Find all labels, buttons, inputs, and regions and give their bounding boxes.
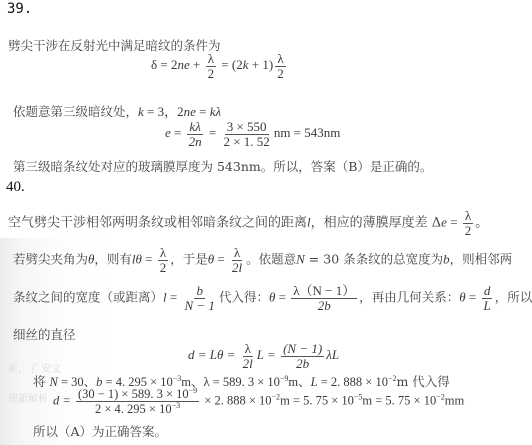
denominator: 2 × 4. 295 × 10−3 <box>93 402 182 416</box>
q40-final-calculation: d = (30 − 1) × 589. 3 × 10−92 × 4. 295 ×… <box>53 387 464 416</box>
eq-text: = <box>466 290 480 305</box>
denominator: 2 <box>158 261 169 275</box>
denominator: 2n <box>187 135 204 149</box>
eq-var: lθ <box>132 252 142 267</box>
eq-text: = <box>214 252 228 267</box>
eq-text: 2 × 4. 295 × 10 <box>95 402 172 416</box>
numerator: λ（N − 1） <box>291 284 357 299</box>
text: ，于是 <box>170 252 208 267</box>
eq-var: ne <box>177 57 189 72</box>
eq-text: λL <box>326 347 339 362</box>
q40-paragraph-2: 条纹之间的宽度（或距离）l = bN − 1代入得：θ = λ（N − 1）2b… <box>13 284 532 312</box>
q39-thickness-equation: e = kλ2n = 3 × 5502 × 1. 52nm = 543nm <box>165 120 340 148</box>
numerator: 3 × 550 <box>225 120 269 135</box>
eq-text: mm <box>445 394 464 408</box>
exponent: −2 <box>436 393 445 402</box>
exponent: −2 <box>272 393 281 402</box>
eq-text: = <box>142 252 156 267</box>
text: 空气劈尖干涉相邻两明条纹或相邻暗条纹之间的距离 <box>8 216 307 231</box>
fraction: kλ2n <box>187 120 204 148</box>
text: ，再由几何关系： <box>359 290 459 305</box>
text: ，相应的薄膜厚度差 Δ <box>311 216 442 231</box>
eq-text: = <box>206 125 220 140</box>
numerator: λ <box>158 246 168 261</box>
numerator: λ <box>232 246 242 261</box>
eq-text: = (2 <box>218 57 243 72</box>
q40-paragraph-1: 若劈尖夹角为θ，则有lθ = λ2，于是θ = λ2l。依题意N = 30 条条… <box>13 246 512 274</box>
text: ，则有 <box>94 252 132 267</box>
text: 依题意第三级暗纹处， <box>13 104 138 119</box>
text: ，则相邻两 <box>450 252 513 267</box>
numerator: λ <box>463 209 473 224</box>
text: 。 <box>475 216 488 231</box>
numerator: (30 − 1) × 589. 3 × 10−9 <box>76 387 199 402</box>
text: ，所以 <box>495 290 532 305</box>
text: 将 <box>33 374 49 389</box>
text: 条纹之间的宽度（或距离） <box>13 290 163 305</box>
denominator: 2b <box>316 299 333 313</box>
eq-text: + <box>190 57 204 72</box>
numerator: λ <box>206 52 216 67</box>
numerator: b <box>194 284 205 299</box>
eq-text: d = Lθ = <box>188 347 239 362</box>
eq-text: = <box>196 104 210 119</box>
eq-text: = <box>171 125 185 140</box>
denominator: 2b <box>294 357 311 371</box>
eq-text: d = <box>53 394 74 408</box>
fraction: (N − 1)2b <box>281 342 324 370</box>
eq-var: ne <box>184 104 196 119</box>
eq-text: = <box>275 290 289 305</box>
text: = 30 条条纹的总宽度为 <box>305 252 443 267</box>
fraction: 3 × 5502 × 1. 52 <box>221 120 271 148</box>
numerator: λ <box>243 342 253 357</box>
numerator: (N − 1) <box>281 342 324 357</box>
denominator: 2 × 1. 52 <box>221 135 271 149</box>
q40-conclusion: 所以（A）为正确答案。 <box>33 422 167 440</box>
denominator: N − 1 <box>182 299 216 313</box>
numerator: kλ <box>187 120 202 135</box>
q40-paragraph-3: 细丝的直径 <box>13 325 76 343</box>
fraction: (30 − 1) × 589. 3 × 10−92 × 4. 295 × 10−… <box>76 387 199 416</box>
eq-text: × 2. 888 × 10 <box>201 394 271 408</box>
fraction: λ2 <box>463 209 474 237</box>
eq-var: N <box>296 252 305 267</box>
q39-equation-dark-fringe: δ = 2ne + λ2 = (2k + 1)λ2 <box>151 52 288 80</box>
question-40-number: 40. <box>6 179 25 196</box>
eq-text: L = <box>257 347 279 362</box>
denominator: 2l <box>230 261 244 275</box>
text: 若劈尖夹角为 <box>13 252 88 267</box>
fraction: dL <box>481 284 492 312</box>
question-39-number: 39. <box>7 1 32 17</box>
denominator: 2l <box>241 357 255 371</box>
eq-text: = 3，2 <box>144 104 184 119</box>
denominator: L <box>481 299 492 313</box>
fraction: λ2l <box>230 246 244 274</box>
denominator: 2 <box>206 67 217 81</box>
q39-conclusion: 第三级暗条纹处对应的玻璃膜厚度为 543nm。所以，答案（B）是正确的。 <box>13 157 432 175</box>
numerator: λ <box>275 52 285 67</box>
q40-diameter-equation: d = Lθ = λ2lL = (N − 1)2bλL <box>188 342 339 370</box>
eq-text: nm = 543nm <box>274 125 341 140</box>
fraction: bN − 1 <box>182 284 216 312</box>
denominator: 2 <box>463 224 474 238</box>
exponent: −3 <box>172 401 181 410</box>
fraction: λ2 <box>158 246 169 274</box>
eq-text: m = 5. 75 × 10 <box>280 394 354 408</box>
q39-third-order-line: 依题意第三级暗纹处，k = 3，2ne = kλ <box>13 101 221 120</box>
eq-text: m = 5. 75 × 10 <box>362 394 436 408</box>
exponent: −9 <box>189 386 198 395</box>
eq-text: + 1) <box>249 57 274 72</box>
text: 代入得： <box>219 290 269 305</box>
fraction: λ（N − 1）2b <box>291 284 357 312</box>
fraction: λ2l <box>241 342 255 370</box>
q40-intro: 空气劈尖干涉相邻两明条纹或相邻暗条纹之间的距离l，相应的薄膜厚度差 Δe = λ… <box>8 209 488 237</box>
numerator: d <box>482 284 493 299</box>
fraction: λ2 <box>206 52 217 80</box>
denominator: 2 <box>275 67 286 81</box>
exponent: −3 <box>173 374 182 383</box>
eq-var: kλ <box>210 104 221 119</box>
eq-text: = <box>447 215 461 230</box>
eq-text: δ = 2 <box>151 57 177 72</box>
fraction: λ2 <box>275 52 286 80</box>
text: 。依题意 <box>246 252 296 267</box>
eq-text: = <box>167 290 181 305</box>
eq-text: (30 − 1) × 589. 3 × 10 <box>78 387 189 401</box>
bleed-through-text: 理新解析 <box>8 390 48 405</box>
